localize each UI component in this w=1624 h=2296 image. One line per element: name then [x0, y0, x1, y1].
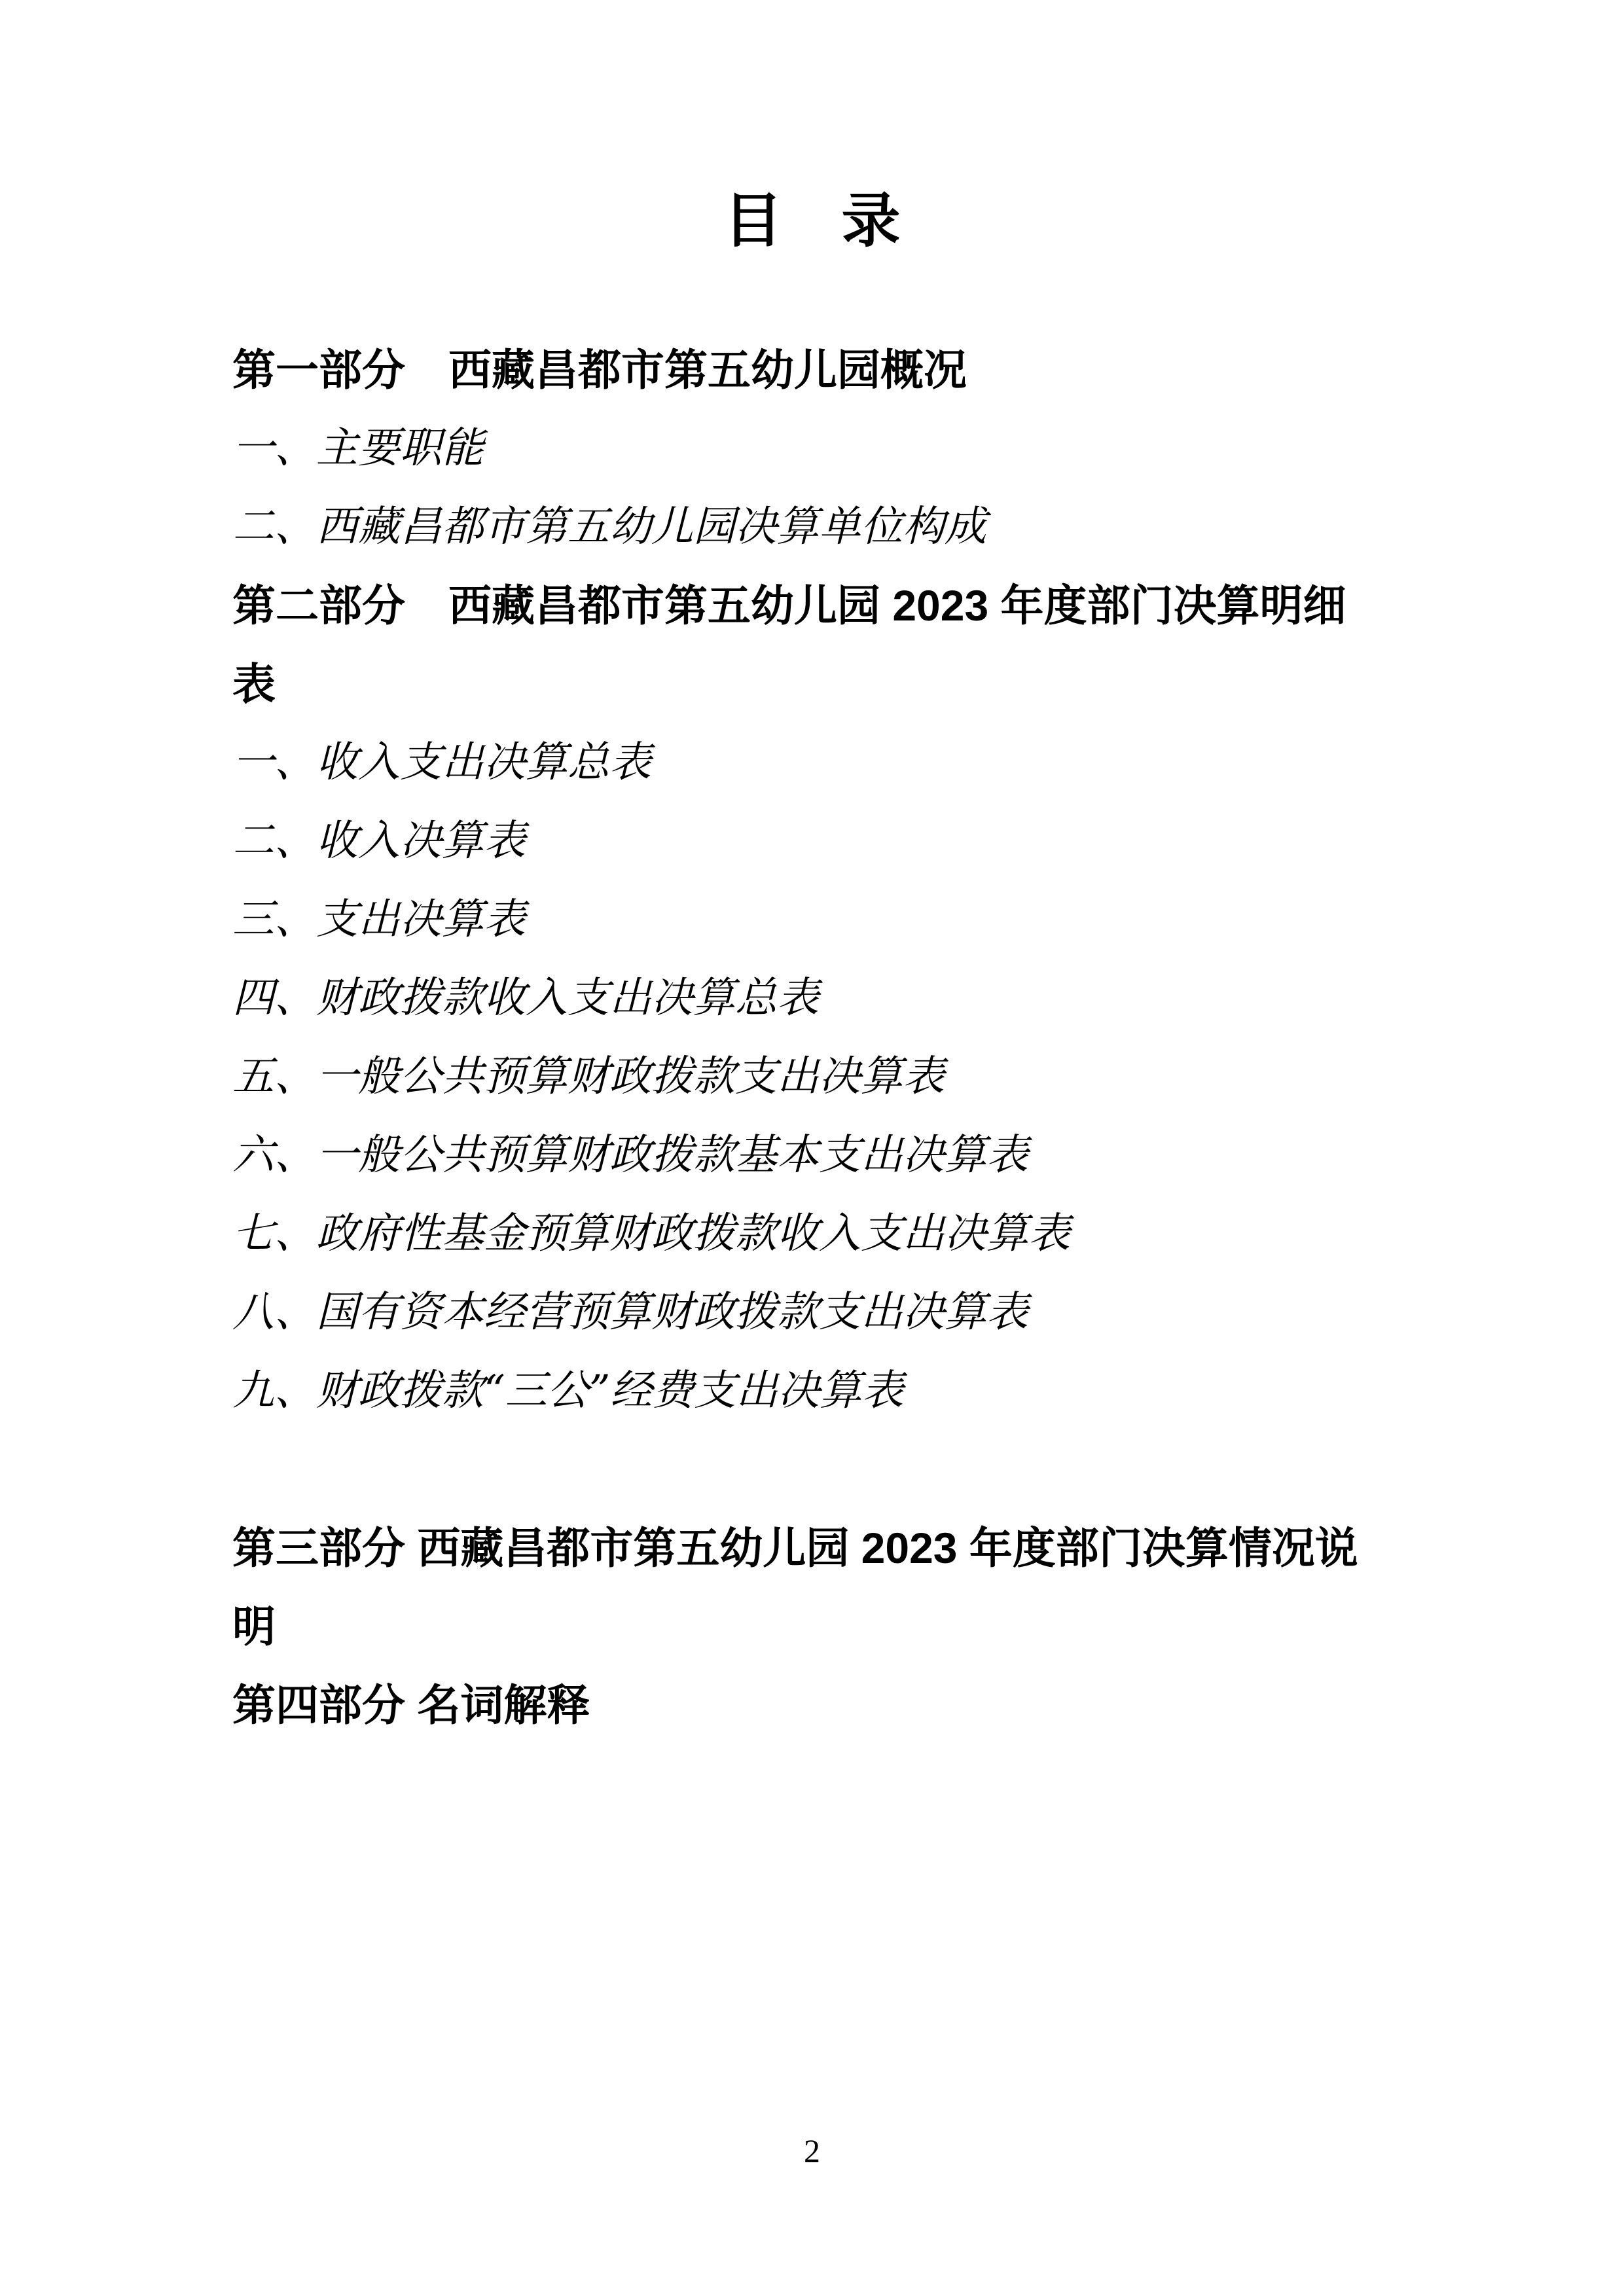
toc-part2-item-3: 三、支出决算表: [232, 880, 1398, 959]
toc-part2-item-2: 二、收入决算表: [232, 802, 1398, 880]
toc-part-3-heading: 第三部分 西藏昌都市第五幼儿园 2023 年度部门决算情况说: [232, 1509, 1398, 1587]
toc-part-2-heading: 第二部分 西藏昌都市第五幼儿园 2023 年度部门决算明细: [232, 566, 1398, 645]
toc-part2-item-9: 九、财政拨款“三公”经费支出决算表: [232, 1352, 1398, 1430]
toc-part2-item-6: 六、一般公共预算财政拨款基本支出决算表: [232, 1116, 1398, 1194]
toc-part2-item-7: 七、政府性基金预算财政拨款收入支出决算表: [232, 1194, 1398, 1273]
toc-part1-item-1: 一、主要职能: [232, 409, 1398, 488]
toc-blank-line: [232, 1430, 1398, 1509]
toc-part2-item-8: 八、国有资本经营预算财政拨款支出决算表: [232, 1273, 1398, 1352]
page-title: 目 录: [0, 188, 1624, 253]
toc-part2-item-5: 五、一般公共预算财政拨款支出决算表: [232, 1037, 1398, 1116]
toc-part-3-heading-wrap: 明: [232, 1587, 1398, 1666]
toc-part-4-heading: 第四部分 名词解释: [232, 1666, 1398, 1744]
toc-part-2-heading-wrap: 表: [232, 645, 1398, 723]
document-page: 目 录 第一部分 西藏昌都市第五幼儿园概况 一、主要职能 二、西藏昌都市第五幼儿…: [0, 0, 1624, 2296]
toc-part-1-heading: 第一部分 西藏昌都市第五幼儿园概况: [232, 331, 1398, 409]
toc-part2-item-4: 四、财政拨款收入支出决算总表: [232, 959, 1398, 1037]
toc-part1-item-2: 二、西藏昌都市第五幼儿园决算单位构成: [232, 488, 1398, 566]
table-of-contents: 第一部分 西藏昌都市第五幼儿园概况 一、主要职能 二、西藏昌都市第五幼儿园决算单…: [232, 331, 1398, 1744]
page-number: 2: [0, 2131, 1624, 2170]
toc-part2-item-1: 一、收入支出决算总表: [232, 723, 1398, 802]
